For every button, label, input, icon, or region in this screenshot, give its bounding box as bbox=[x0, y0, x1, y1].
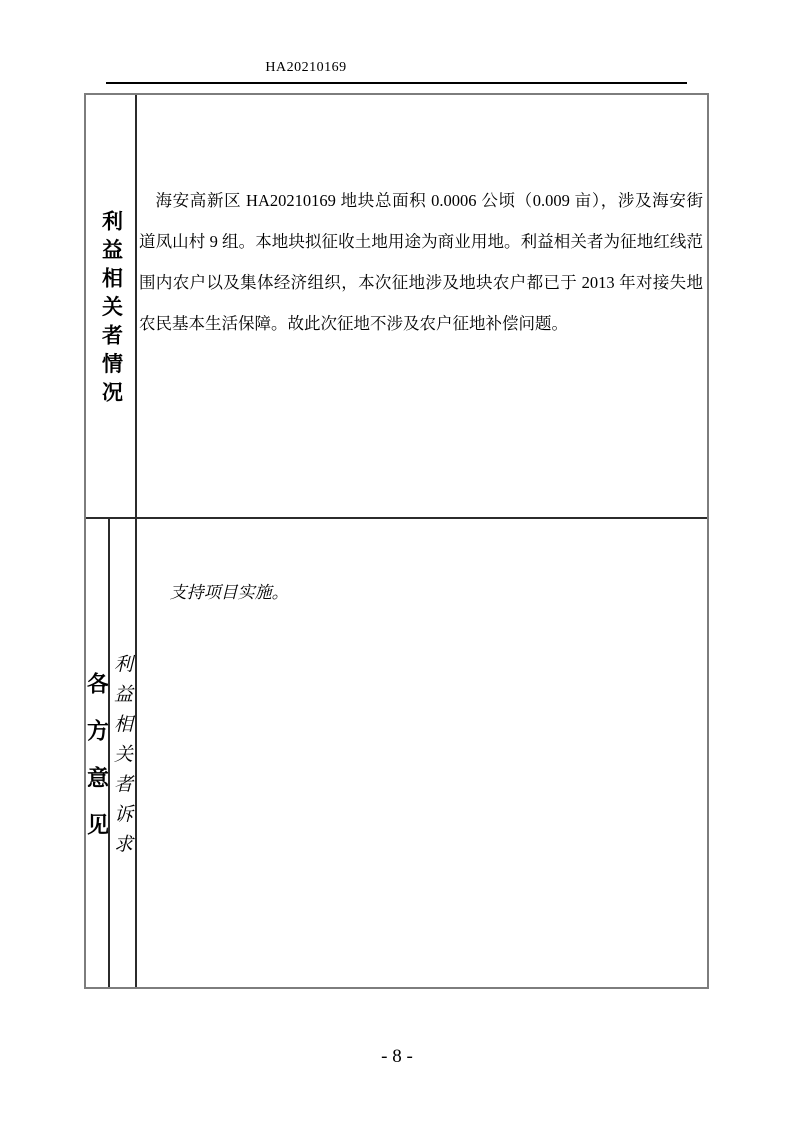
info-table: 利益相关者情况 海安高新区 HA20210169 地块总面积 0.0006 公顷… bbox=[84, 93, 709, 989]
opinions-label-cell: 各方意见 bbox=[86, 519, 110, 987]
page-number: - 8 - bbox=[0, 1046, 794, 1068]
header-doc-number: HA20210169 bbox=[0, 60, 612, 76]
document-page: HA20210169 利益相关者情况 海安高新区 HA20210169 地块总面… bbox=[0, 0, 794, 1123]
stakeholder-content: 海安高新区 HA20210169 地块总面积 0.0006 公顷（0.009 亩… bbox=[137, 95, 707, 517]
opinions-row: 各方意见 利益相关者诉求 支持项目实施。 bbox=[86, 519, 707, 987]
opinions-content: 支持项目实施。 bbox=[137, 519, 707, 987]
stakeholder-demands-label-cell: 利益相关者诉求 bbox=[110, 519, 137, 987]
stakeholder-demands-label: 利益相关者诉求 bbox=[110, 643, 136, 864]
stakeholder-label-cell: 利益相关者情况 bbox=[86, 95, 137, 517]
stakeholder-label: 利益相关者情况 bbox=[96, 203, 126, 410]
header-rule bbox=[106, 82, 687, 84]
opinions-label: 各方意见 bbox=[86, 647, 110, 860]
stakeholder-row: 利益相关者情况 海安高新区 HA20210169 地块总面积 0.0006 公顷… bbox=[86, 95, 707, 519]
